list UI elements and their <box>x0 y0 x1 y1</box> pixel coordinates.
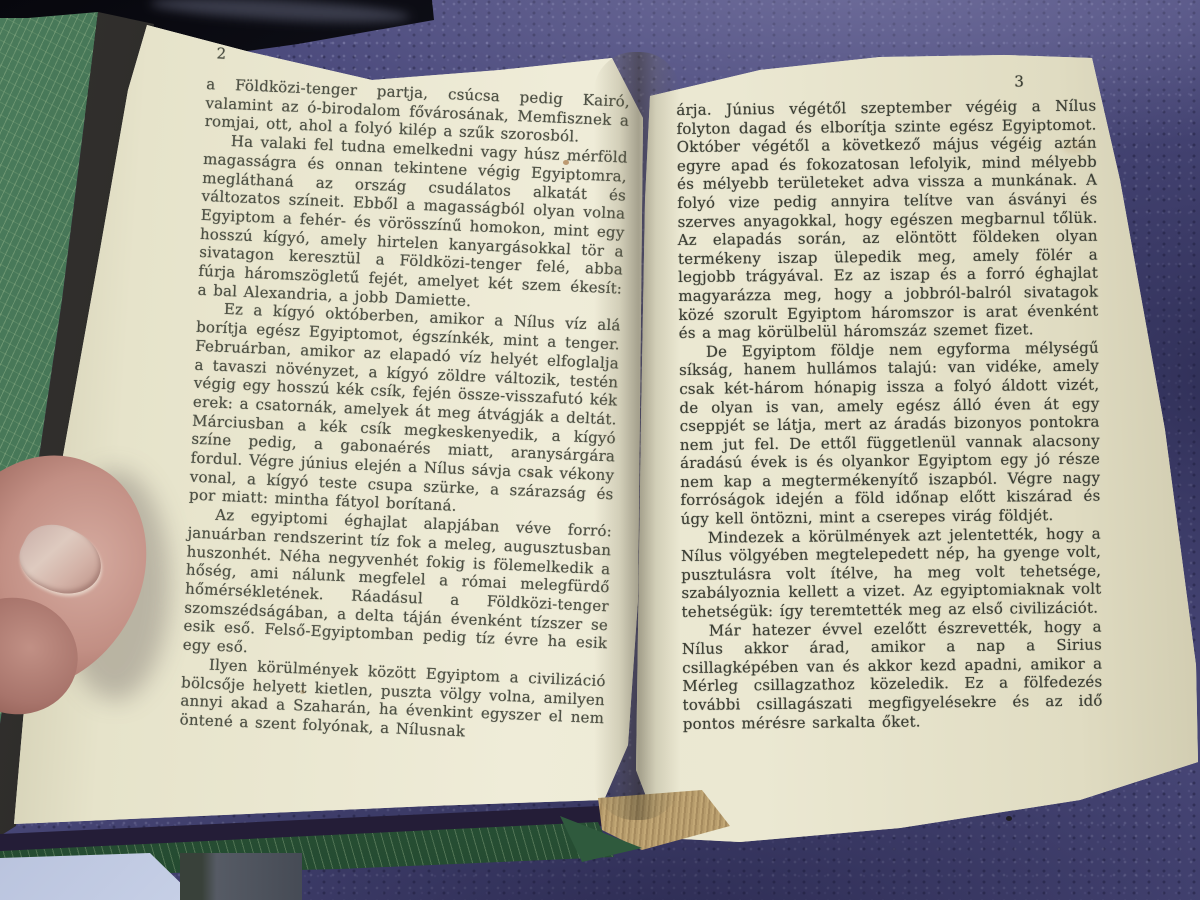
faint-stain <box>1062 140 1088 154</box>
paragraph: Ha valaki fel tudna emelkedni vagy húsz … <box>197 131 628 317</box>
left-page-text-column: 2 a Földközi-tenger partja, csúcsa pedig… <box>179 44 631 747</box>
paragraph: Már hatezer évvel ezelőtt észrevették, h… <box>682 617 1103 733</box>
foxing-stain <box>563 160 569 165</box>
book-gutter-shadow <box>594 52 680 820</box>
foxing-stain <box>300 690 305 694</box>
right-page-text-column: 3 árja. Június végétől szeptember végéig… <box>676 72 1103 734</box>
foxing-stain <box>528 472 532 476</box>
dark-speck <box>1006 816 1012 821</box>
paragraph: Az egyiptomi éghajlat alapjában véve for… <box>182 505 612 672</box>
grey-object-bottom-left <box>180 853 302 900</box>
foxing-stain <box>930 234 934 238</box>
paragraph: árja. Június végétől szeptember végéig a… <box>676 97 1099 343</box>
paragraph: Ez a kígyó októberben, amikor a Nílus ví… <box>189 299 621 522</box>
paragraph: De Egyiptom földje nem egyforma mélységű… <box>679 338 1101 528</box>
paragraph: Mindezek a körülmények azt jelentették, … <box>681 524 1102 621</box>
photo-open-book-scene: 2 a Földközi-tenger partja, csúcsa pedig… <box>0 0 1200 900</box>
